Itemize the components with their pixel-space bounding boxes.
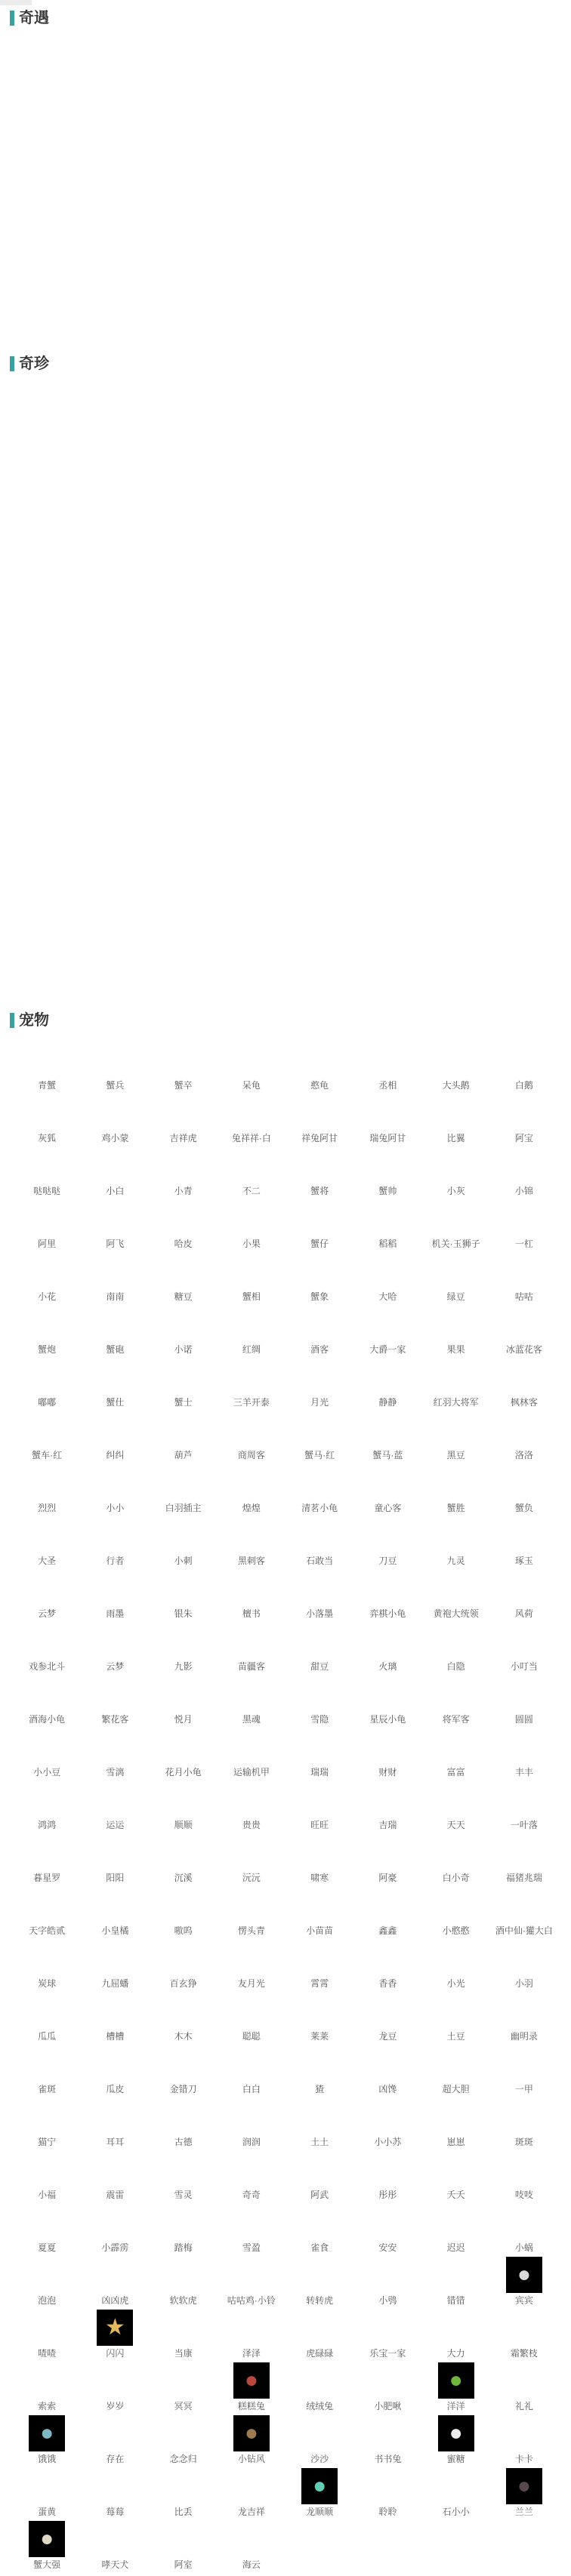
pet-cell[interactable]: 海云 xyxy=(218,2521,285,2574)
pet-cell[interactable]: 木木 xyxy=(150,1993,218,2045)
pet-cell[interactable]: 白白 xyxy=(218,2045,285,2098)
pet-cell[interactable]: 祥兔阿甘 xyxy=(285,1094,353,1147)
pet-name: 嗷呜 xyxy=(174,1925,193,1937)
pet-cell[interactable]: 奇奇 xyxy=(218,2151,285,2204)
pet-cell[interactable]: 凶馋 xyxy=(353,2045,421,2098)
pet-cell[interactable]: 虎碌碌 xyxy=(285,2310,353,2362)
pet-cell[interactable]: 啸寒 xyxy=(285,1834,353,1887)
pet-cell[interactable]: 九影 xyxy=(150,1623,218,1676)
pet-thumbnail-empty xyxy=(233,1306,270,1342)
pet-cell[interactable]: 火璃 xyxy=(353,1623,421,1676)
treasures-content-placeholder xyxy=(13,385,558,996)
pet-cell[interactable]: 小羽 xyxy=(490,1940,558,1993)
pet-thumbnail-empty xyxy=(97,1306,133,1342)
pet-cell[interactable]: 小皇橘 xyxy=(81,1887,149,1940)
pet-cell[interactable]: 崽崽 xyxy=(422,2098,490,2151)
pet-cell[interactable]: 风荷 xyxy=(490,1570,558,1623)
pet-cell[interactable]: 蟹胜 xyxy=(422,1464,490,1517)
pet-cell[interactable]: 当康 xyxy=(150,2310,218,2362)
pet-cell[interactable]: 蟹负 xyxy=(490,1464,558,1517)
pet-cell[interactable]: 绒绒兔 xyxy=(285,2362,353,2415)
pet-cell[interactable]: 小蜗 xyxy=(490,2204,558,2257)
pet-cell[interactable]: 财财 xyxy=(353,1728,421,1781)
pet-cell[interactable]: ●糕糕兔 xyxy=(218,2362,285,2415)
pet-cell[interactable]: 蟹象 xyxy=(285,1253,353,1306)
pet-name: 小鸮 xyxy=(378,2295,397,2307)
pet-cell[interactable]: ●蜜糖 xyxy=(422,2415,490,2468)
pet-thumbnail-gray-figure: ● xyxy=(506,2257,542,2293)
pet-thumbnail-empty xyxy=(165,2257,202,2293)
pet-cell[interactable]: 错错 xyxy=(422,2257,490,2310)
pet-cell[interactable]: 小叮当 xyxy=(490,1623,558,1676)
pet-cell[interactable]: 甜豆 xyxy=(285,1623,353,1676)
pet-cell[interactable]: 鑫鑫 xyxy=(353,1887,421,1940)
pet-cell[interactable]: 存在 xyxy=(81,2415,149,2468)
pet-cell[interactable]: 莓莓 xyxy=(81,2468,149,2521)
pet-cell[interactable]: 洛洛 xyxy=(490,1411,558,1464)
pet-cell[interactable]: 蟹马·蓝 xyxy=(353,1411,421,1464)
pet-cell[interactable]: 雪灵 xyxy=(150,2151,218,2204)
pet-cell[interactable]: 红羽大将军 xyxy=(422,1359,490,1411)
pet-cell[interactable]: 乐宝一家 xyxy=(353,2310,421,2362)
pet-thumbnail-empty xyxy=(233,1517,270,1553)
pet-cell[interactable]: 糖豆 xyxy=(150,1253,218,1306)
pet-cell[interactable]: ●蟹大强 xyxy=(13,2521,81,2574)
pet-cell[interactable]: 煌煌 xyxy=(218,1464,285,1517)
pet-cell[interactable]: 蟹炮 xyxy=(13,1306,81,1359)
pet-cell[interactable]: 瑞兔阿甘 xyxy=(353,1094,421,1147)
pet-cell[interactable]: 运输机甲 xyxy=(218,1728,285,1781)
pet-cell[interactable]: 黄袍大统领 xyxy=(422,1570,490,1623)
pet-cell[interactable]: 斑斑 xyxy=(490,2098,558,2151)
pet-cell[interactable]: 一杠 xyxy=(490,1200,558,1253)
pet-name: 绒绒兔 xyxy=(306,2401,333,2412)
pet-thumbnail-empty xyxy=(301,2310,338,2346)
pet-cell[interactable]: 土豆 xyxy=(422,1993,490,2045)
pet-cell[interactable]: 机关·玉狮子 xyxy=(422,1200,490,1253)
pet-cell[interactable]: 阳阳 xyxy=(81,1834,149,1887)
pet-cell[interactable]: 阿里 xyxy=(13,1200,81,1253)
pet-thumbnail-empty xyxy=(29,2098,65,2134)
pet-name: 念念归 xyxy=(170,2454,197,2465)
pet-cell[interactable]: 憨龟 xyxy=(285,1042,353,1094)
pet-cell[interactable]: 小灰 xyxy=(422,1147,490,1200)
pet-thumbnail-empty xyxy=(29,1253,65,1289)
pet-cell[interactable]: 蟹士 xyxy=(150,1359,218,1411)
pet-thumbnail-empty xyxy=(233,1781,270,1817)
pet-cell[interactable]: 静静 xyxy=(353,1359,421,1411)
pet-cell[interactable]: 繁花客 xyxy=(81,1676,149,1728)
pet-cell[interactable]: 果果 xyxy=(422,1306,490,1359)
pet-cell[interactable]: 花月小龟 xyxy=(150,1728,218,1781)
pet-cell[interactable]: 小鸮 xyxy=(353,2257,421,2310)
pet-thumbnail-empty xyxy=(233,2310,270,2346)
pet-cell[interactable]: 三羊开泰 xyxy=(218,1359,285,1411)
pet-cell[interactable]: 顺顺 xyxy=(150,1781,218,1834)
pet-thumbnail-empty xyxy=(438,1359,474,1395)
pet-cell[interactable]: 戏参北斗 xyxy=(13,1623,81,1676)
pet-cell[interactable]: 蟹车·红 xyxy=(13,1411,81,1464)
pet-thumbnail-empty xyxy=(438,2098,474,2134)
pet-cell[interactable]: 聪聪 xyxy=(218,1993,285,2045)
pet-cell[interactable]: 大头鹅 xyxy=(422,1042,490,1094)
pet-name: 瑞兔阿甘 xyxy=(369,1133,406,1144)
pet-cell[interactable]: 雪盈 xyxy=(218,2204,285,2257)
pet-cell[interactable]: ●洋洋 xyxy=(422,2362,490,2415)
pet-cell[interactable]: 嘟嘟 xyxy=(13,1359,81,1411)
pet-cell[interactable]: 吱吱 xyxy=(490,2151,558,2204)
pet-thumbnail-empty xyxy=(233,2257,270,2293)
pet-cell[interactable]: 阿飞 xyxy=(81,1200,149,1253)
pet-name: 煌煌 xyxy=(242,1503,261,1514)
pet-name: 沅沅 xyxy=(242,1873,261,1884)
pet-cell[interactable]: 商周客 xyxy=(218,1411,285,1464)
pet-cell[interactable]: 南南 xyxy=(81,1253,149,1306)
pet-cell[interactable]: 雪漓 xyxy=(81,1728,149,1781)
pet-name: 云梦 xyxy=(106,1661,124,1673)
pet-thumbnail-empty xyxy=(369,2362,406,2399)
pet-thumbnail-empty xyxy=(369,1623,406,1659)
pet-name: 比翼 xyxy=(447,1133,465,1144)
pet-cell[interactable]: 喳喳 xyxy=(13,2310,81,2362)
pet-cell[interactable]: 琢玉 xyxy=(490,1517,558,1570)
pet-cell[interactable]: 炭球 xyxy=(13,1940,81,1993)
pet-cell[interactable]: 踏梅 xyxy=(150,2204,218,2257)
pet-cell[interactable]: ★闪闪 xyxy=(81,2310,149,2362)
pet-cell[interactable]: 金错刀 xyxy=(150,2045,218,2098)
pet-name: 古德 xyxy=(174,2137,193,2148)
pet-cell[interactable]: 呆龟 xyxy=(218,1042,285,1094)
pet-thumbnail-empty xyxy=(506,1834,542,1870)
pet-name: 九影 xyxy=(174,1661,193,1673)
pet-cell[interactable]: 小刺 xyxy=(150,1517,218,1570)
pet-cell[interactable]: ●兰兰 xyxy=(490,2468,558,2521)
pet-cell[interactable]: 大力 xyxy=(422,2310,490,2362)
pet-cell[interactable]: 转转虎 xyxy=(285,2257,353,2310)
pet-cell[interactable]: 夏夏 xyxy=(13,2204,81,2257)
pet-cell[interactable]: 槽槽 xyxy=(81,1993,149,2045)
pet-cell[interactable]: 九灵 xyxy=(422,1517,490,1570)
pet-cell[interactable]: 小小豆 xyxy=(13,1728,81,1781)
pet-cell[interactable]: ●龙顺顺 xyxy=(285,2468,353,2521)
pet-cell[interactable]: 天天 xyxy=(422,1781,490,1834)
pet-cell[interactable]: 小福 xyxy=(13,2151,81,2204)
pet-name: 阿武 xyxy=(310,2190,329,2201)
pet-cell[interactable]: 古德 xyxy=(150,2098,218,2151)
pet-cell[interactable]: 瓜皮 xyxy=(81,2045,149,2098)
pet-cell[interactable]: 蟹马·红 xyxy=(285,1411,353,1464)
pet-cell[interactable]: 小诺 xyxy=(150,1306,218,1359)
pet-cell[interactable]: 月光 xyxy=(285,1359,353,1411)
pet-cell[interactable]: 蟹卒 xyxy=(150,1042,218,1094)
pet-cell[interactable]: 兔祥祥·白 xyxy=(218,1094,285,1147)
pet-cell[interactable]: 百玄狰 xyxy=(150,1940,218,1993)
pet-cell[interactable]: 书书兔 xyxy=(353,2415,421,2468)
pet-cell[interactable]: 白小奇 xyxy=(422,1834,490,1887)
pet-thumbnail-empty xyxy=(97,1517,133,1553)
pet-cell[interactable]: 迟迟 xyxy=(422,2204,490,2257)
pet-cell[interactable]: 酒中仙·獾大白 xyxy=(490,1887,558,1940)
pet-cell[interactable]: 烈烈 xyxy=(13,1464,81,1517)
pet-thumbnail-empty xyxy=(97,2204,133,2240)
pet-cell[interactable]: 安安 xyxy=(353,2204,421,2257)
pet-cell[interactable]: 蟹仕 xyxy=(81,1359,149,1411)
pet-cell[interactable]: 旺旺 xyxy=(285,1781,353,1834)
pet-name: 存在 xyxy=(106,2454,124,2465)
pet-cell[interactable]: 大爵一家 xyxy=(353,1306,421,1359)
pet-cell[interactable]: 猹 xyxy=(285,2045,353,2098)
pet-thumbnail-empty xyxy=(369,1570,406,1606)
pet-cell[interactable]: 弈棋小龟 xyxy=(353,1570,421,1623)
pet-cell[interactable]: 小肥啾 xyxy=(353,2362,421,2415)
pet-cell[interactable]: 不二 xyxy=(218,1147,285,1200)
pet-cell[interactable]: 阿室 xyxy=(150,2521,218,2574)
pet-name: 礼礼 xyxy=(515,2401,533,2412)
pet-cell[interactable]: 鸡小蒙 xyxy=(81,1094,149,1147)
pet-cell[interactable]: 鸿鸿 xyxy=(13,1781,81,1834)
pet-thumbnail-empty xyxy=(29,2204,65,2240)
pet-cell[interactable]: 暮星罗 xyxy=(13,1834,81,1887)
pet-cell[interactable]: 比丢 xyxy=(150,2468,218,2521)
pet-cell[interactable]: 小果 xyxy=(218,1200,285,1253)
pet-thumbnail-empty xyxy=(165,2362,202,2399)
pet-cell[interactable]: 绿豆 xyxy=(422,1253,490,1306)
pet-cell[interactable]: 聆聆 xyxy=(353,2468,421,2521)
pet-name: 转转虎 xyxy=(306,2295,333,2307)
pet-cell[interactable]: 蟹相 xyxy=(218,1253,285,1306)
pet-cell[interactable]: 幽明录 xyxy=(490,1993,558,2045)
pet-cell[interactable]: 土土 xyxy=(285,2098,353,2151)
pet-cell[interactable]: 莱莱 xyxy=(285,1993,353,2045)
pet-cell[interactable]: 稻稻 xyxy=(353,1200,421,1253)
pet-cell[interactable]: 沙沙 xyxy=(285,2415,353,2468)
pet-cell[interactable]: 阿豪 xyxy=(353,1834,421,1887)
pet-name: 银朱 xyxy=(174,1608,193,1620)
pet-cell[interactable]: 哒哒哒 xyxy=(13,1147,81,1200)
pet-cell[interactable]: 枫林客 xyxy=(490,1359,558,1411)
pet-thumbnail-empty xyxy=(165,1993,202,2029)
pet-cell[interactable]: 软软虎 xyxy=(150,2257,218,2310)
pet-thumbnail-empty xyxy=(29,1570,65,1606)
pet-cell[interactable]: 吉祥虎 xyxy=(150,1094,218,1147)
pet-cell[interactable]: 福猪兆瑞 xyxy=(490,1834,558,1887)
pet-cell[interactable]: 霜繁枝 xyxy=(490,2310,558,2362)
pet-cell[interactable]: 大圣 xyxy=(13,1517,81,1570)
pet-cell[interactable]: 雀食 xyxy=(285,2204,353,2257)
pet-thumbnail-empty xyxy=(369,1094,406,1131)
pet-cell[interactable]: 石小小 xyxy=(422,2468,490,2521)
pet-thumbnail-empty xyxy=(29,2257,65,2293)
pet-cell[interactable]: 行者 xyxy=(81,1517,149,1570)
pet-thumbnail-empty xyxy=(97,2098,133,2134)
pet-cell[interactable]: 红绸 xyxy=(218,1306,285,1359)
pet-cell[interactable]: 一甲 xyxy=(490,2045,558,2098)
pet-cell[interactable]: 白隐 xyxy=(422,1623,490,1676)
pet-cell[interactable]: 清茗小龟 xyxy=(285,1464,353,1517)
pet-cell[interactable]: 香香 xyxy=(353,1940,421,1993)
pet-cell[interactable]: 沅沅 xyxy=(218,1834,285,1887)
pet-cell[interactable]: 大哈 xyxy=(353,1253,421,1306)
pet-cell[interactable]: 石敢当 xyxy=(285,1517,353,1570)
pet-cell[interactable]: 白羽插主 xyxy=(150,1464,218,1517)
pet-name: 小锦 xyxy=(515,1186,533,1197)
pet-cell[interactable]: 凶凶虎 xyxy=(81,2257,149,2310)
pet-cell[interactable]: 小锦 xyxy=(490,1147,558,1200)
pet-cell[interactable]: 葫芦 xyxy=(150,1411,218,1464)
pet-cell[interactable]: 天字皓贰 xyxy=(13,1887,81,1940)
pet-cell[interactable]: 索索 xyxy=(13,2362,81,2415)
pet-cell[interactable]: 黑魂 xyxy=(218,1676,285,1728)
pet-cell[interactable]: 震雷 xyxy=(81,2151,149,2204)
pet-cell[interactable]: 泽泽 xyxy=(218,2310,285,2362)
pet-cell[interactable]: 小光 xyxy=(422,1940,490,1993)
pet-name: 蟹相 xyxy=(242,1291,261,1303)
pet-cell[interactable]: 蟹帅 xyxy=(353,1147,421,1200)
pet-cell[interactable]: ●小钻风 xyxy=(218,2415,285,2468)
pet-cell[interactable]: 童心客 xyxy=(353,1464,421,1517)
pet-cell[interactable]: 银朱 xyxy=(150,1570,218,1623)
pet-cell[interactable]: 酒客 xyxy=(285,1306,353,1359)
pet-cell[interactable]: 泡泡 xyxy=(13,2257,81,2310)
pet-cell[interactable]: 蟹兵 xyxy=(81,1042,149,1094)
section-header-treasures: 奇珍 xyxy=(10,355,49,373)
pet-cell[interactable]: 小小苏 xyxy=(353,2098,421,2151)
pet-cell[interactable]: 耳耳 xyxy=(81,2098,149,2151)
pet-name: 蟹仕 xyxy=(106,1397,124,1408)
pet-cell[interactable]: 彤彤 xyxy=(353,2151,421,2204)
pet-cell[interactable]: 龙吉祥 xyxy=(218,2468,285,2521)
pet-thumbnail-empty xyxy=(29,1940,65,1976)
pet-cell[interactable]: 小花 xyxy=(13,1253,81,1306)
pet-thumbnail-empty xyxy=(506,2362,542,2399)
pet-cell[interactable]: 霄霄 xyxy=(285,1940,353,1993)
pet-name: 黑豆 xyxy=(447,1450,465,1461)
pet-name: 宾宾 xyxy=(515,2295,533,2307)
pet-thumbnail-green-black-creature: ● xyxy=(438,2362,474,2399)
pet-cell[interactable]: 小苗苗 xyxy=(285,1887,353,1940)
pet-cell[interactable]: 卡卡 xyxy=(490,2415,558,2468)
pet-cell[interactable]: 将军客 xyxy=(422,1676,490,1728)
pet-cell[interactable]: 灰狐 xyxy=(13,1094,81,1147)
pet-cell[interactable]: ●饿饿 xyxy=(13,2415,81,2468)
pet-cell[interactable]: 友月光 xyxy=(218,1940,285,1993)
pet-cell[interactable]: 礼礼 xyxy=(490,2362,558,2415)
pet-cell[interactable]: 愣头青 xyxy=(218,1887,285,1940)
pet-cell[interactable]: 云梦 xyxy=(13,1570,81,1623)
pet-cell[interactable]: 小白 xyxy=(81,1147,149,1200)
pet-cell[interactable]: 润润 xyxy=(218,2098,285,2151)
pet-cell[interactable]: 酒海小龟 xyxy=(13,1676,81,1728)
pet-cell[interactable]: 圆圆 xyxy=(490,1676,558,1728)
pet-cell[interactable]: ●宾宾 xyxy=(490,2257,558,2310)
pet-name: 小光 xyxy=(447,1978,465,1990)
pet-thumbnail-empty xyxy=(506,1147,542,1183)
pet-cell[interactable]: 蛋黄 xyxy=(13,2468,81,2521)
pet-cell[interactable]: 刀豆 xyxy=(353,1517,421,1570)
pet-cell[interactable]: 咕咕 xyxy=(490,1253,558,1306)
pet-cell[interactable]: 雀斑 xyxy=(13,2045,81,2098)
pet-cell[interactable]: 蟹仔 xyxy=(285,1200,353,1253)
pet-cell[interactable]: 富富 xyxy=(422,1728,490,1781)
pet-cell[interactable]: 比翼 xyxy=(422,1094,490,1147)
pet-cell[interactable]: 苗疆客 xyxy=(218,1623,285,1676)
pet-cell[interactable]: 咕咕鸡·小铃 xyxy=(218,2257,285,2310)
pet-cell[interactable]: 阿宝 xyxy=(490,1094,558,1147)
pet-thumbnail-empty xyxy=(438,1147,474,1183)
pet-thumbnail-empty xyxy=(438,1623,474,1659)
pet-cell[interactable]: 小小 xyxy=(81,1464,149,1517)
pet-cell[interactable]: 阿武 xyxy=(285,2151,353,2204)
pet-cell[interactable]: 瑞瑞 xyxy=(285,1728,353,1781)
pet-cell[interactable]: 运运 xyxy=(81,1781,149,1834)
pet-cell[interactable]: 黑豆 xyxy=(422,1411,490,1464)
pet-cell[interactable]: 贵贵 xyxy=(218,1781,285,1834)
pet-thumbnail-empty xyxy=(29,1781,65,1817)
pet-cell[interactable]: 悦月 xyxy=(150,1676,218,1728)
pet-cell[interactable]: 云梦 xyxy=(81,1623,149,1676)
pet-name: 将军客 xyxy=(443,1714,470,1725)
pet-name: 凶凶虎 xyxy=(101,2295,128,2307)
pet-cell[interactable]: 猫宁 xyxy=(13,2098,81,2151)
pet-cell[interactable]: 星辰小龟 xyxy=(353,1676,421,1728)
pet-cell[interactable]: 沉溪 xyxy=(150,1834,218,1887)
pet-cell[interactable]: 瓜瓜 xyxy=(13,1993,81,2045)
pet-cell[interactable]: 冥冥 xyxy=(150,2362,218,2415)
pet-cell[interactable]: 吉瑞 xyxy=(353,1781,421,1834)
pet-cell[interactable]: 青蟹 xyxy=(13,1042,81,1094)
pet-thumbnail-empty xyxy=(369,2098,406,2134)
pet-cell[interactable]: 哈皮 xyxy=(150,1200,218,1253)
pet-cell[interactable]: 蟹砲 xyxy=(81,1306,149,1359)
pet-cell[interactable]: 念念归 xyxy=(150,2415,218,2468)
pet-name: 雪盈 xyxy=(242,2242,261,2254)
pet-name: 当康 xyxy=(174,2348,193,2359)
pet-cell[interactable]: 超大胆 xyxy=(422,2045,490,2098)
pet-cell[interactable]: 冰蓝花客 xyxy=(490,1306,558,1359)
pet-thumbnail-empty xyxy=(506,1728,542,1765)
pet-cell[interactable]: 小霹雳 xyxy=(81,2204,149,2257)
pet-cell[interactable]: 雪隐 xyxy=(285,1676,353,1728)
pet-cell[interactable]: 丰丰 xyxy=(490,1728,558,1781)
pet-name: 糕糕兔 xyxy=(238,2401,265,2412)
pet-cell[interactable]: 雨墨 xyxy=(81,1570,149,1623)
pet-cell[interactable]: 一叶落 xyxy=(490,1781,558,1834)
pet-cell[interactable]: 夭夭 xyxy=(422,2151,490,2204)
pet-thumbnail-empty xyxy=(369,1464,406,1500)
pet-name: 小小苏 xyxy=(374,2137,401,2148)
pet-cell[interactable]: 黑刺客 xyxy=(218,1517,285,1570)
pet-cell[interactable]: 小青 xyxy=(150,1147,218,1200)
pet-cell[interactable]: 白鹅 xyxy=(490,1042,558,1094)
pet-cell[interactable]: 九屈蟠 xyxy=(81,1940,149,1993)
section-header-pets: 宠物 xyxy=(10,1011,49,1029)
pet-cell[interactable]: 檀书 xyxy=(218,1570,285,1623)
pet-cell[interactable]: 蟹将 xyxy=(285,1147,353,1200)
pet-thumbnail-empty xyxy=(29,1517,65,1553)
pet-cell[interactable]: 岁岁 xyxy=(81,2362,149,2415)
pet-name: 戏参北斗 xyxy=(29,1661,65,1673)
pet-cell[interactable]: 丞相 xyxy=(353,1042,421,1094)
pet-cell[interactable]: 龙豆 xyxy=(353,1993,421,2045)
pet-name: 霄霄 xyxy=(310,1978,329,1990)
pet-cell[interactable]: 小落墨 xyxy=(285,1570,353,1623)
pet-name: 哈皮 xyxy=(174,1239,193,1250)
pet-cell[interactable]: 哮天犬 xyxy=(81,2521,149,2574)
pet-name: 鸿鸿 xyxy=(38,1820,56,1831)
pet-cell[interactable]: 嗷呜 xyxy=(150,1887,218,1940)
pet-cell[interactable]: 小憨憨 xyxy=(422,1887,490,1940)
pet-cell[interactable]: 纠纠 xyxy=(81,1411,149,1464)
